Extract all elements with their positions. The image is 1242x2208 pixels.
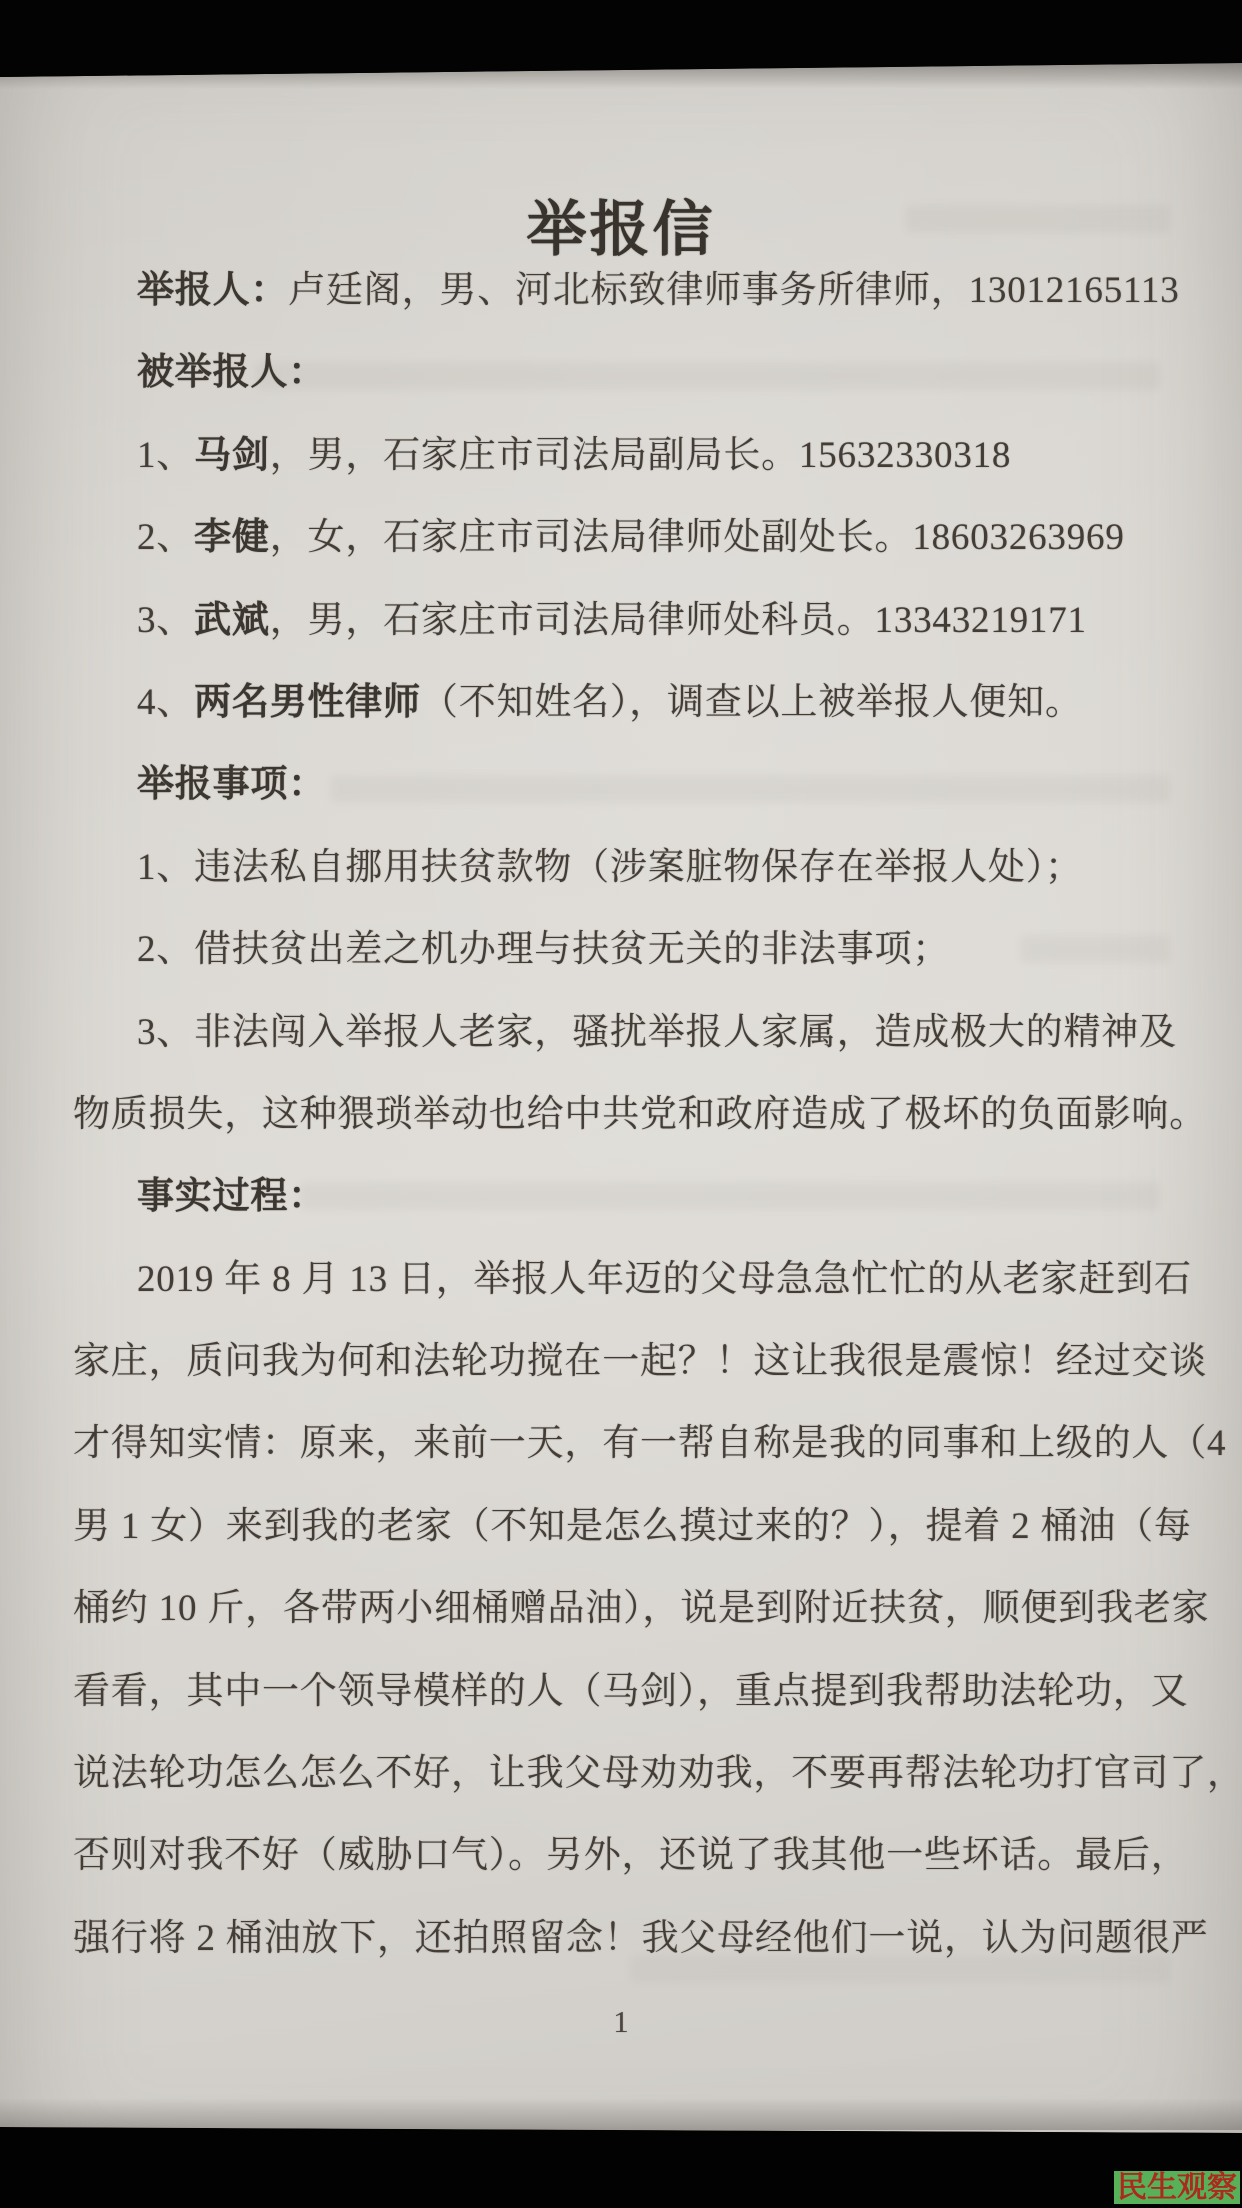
emphasis-text: 被举报人： [137, 352, 326, 393]
emphasis-text: 事实过程： [137, 1176, 326, 1217]
document-line: 3、武斌，男，石家庄市司法局律师处科员。13343219171 [73, 596, 1173, 678]
body-text: 看看，其中一个领导模样的人（马剑），重点提到我帮助法轮功，又 [73, 1671, 1189, 1712]
document-line: 举报人：卢廷阁，男、河北标致律师事务所律师，13012165113 [73, 266, 1173, 348]
body-text: 物质损失，这种猥琐举动也给中共党和政府造成了极坏的负面影响。 [73, 1094, 1207, 1135]
photo-frame: 举报信 举报人：卢廷阁，男、河北标致律师事务所律师，13012165113被举报… [0, 0, 1242, 2208]
body-text: 强行将 2 桶油放下，还拍照留念！我父母经他们一说，认为问题很严 [73, 1918, 1209, 1959]
body-text: 否则对我不好（威胁口气）。另外，还说了我其他一些坏话。最后， [73, 1835, 1189, 1876]
document-line: 强行将 2 桶油放下，还拍照留念！我父母经他们一说，认为问题很严 [73, 1914, 1173, 1996]
bottom-black-band [0, 2127, 1242, 2208]
body-text: 2019 年 8 月 13 日，举报人年迈的父母急急忙忙的从老家赶到石 [137, 1259, 1192, 1300]
emphasis-text: 武斌 [194, 600, 270, 641]
document-line: 3、非法闯入举报人老家，骚扰举报人家属，造成极大的精神及 [73, 1008, 1173, 1090]
document-line: 物质损失，这种猥琐举动也给中共党和政府造成了极坏的负面影响。 [73, 1090, 1173, 1172]
body-text: 男 1 女）来到我的老家（不知是怎么摸过来的？），提着 2 桶油（每 [73, 1506, 1192, 1547]
emphasis-text: 李健 [194, 517, 270, 558]
body-text: 3、非法闯入举报人老家，骚扰举报人家属，造成极大的精神及 [137, 1012, 1177, 1053]
document-body: 举报人：卢廷阁，男、河北标致律师事务所律师，13012165113被举报人：1、… [73, 266, 1173, 1996]
body-text: （不知姓名），调查以上被举报人便知。 [421, 682, 1083, 723]
body-text: 2、 [137, 517, 194, 558]
document-line: 举报事项： [73, 760, 1173, 842]
body-text: 2、借扶贫出差之机办理与扶贫无关的非法事项； [137, 929, 950, 970]
body-text: 家庄，质问我为何和法轮功搅在一起？！这让我很是震惊！经过交谈 [73, 1341, 1207, 1382]
emphasis-text: 举报事项： [137, 764, 326, 805]
page-number: 1 [0, 2004, 1242, 2040]
watermark-badge: 民生观察 [1114, 2171, 1240, 2204]
document-line: 桶约 10 斤，各带两小细桶赠品油），说是到附近扶贫，顺便到我老家 [73, 1584, 1173, 1666]
document-line: 2019 年 8 月 13 日，举报人年迈的父母急急忙忙的从老家赶到石 [73, 1255, 1173, 1337]
body-text: ，男，石家庄市司法局副局长。15632330318 [270, 435, 1012, 476]
document-line: 2、李健，女，石家庄市司法局律师处副处长。18603263969 [73, 513, 1173, 595]
document-line: 事实过程： [73, 1172, 1173, 1254]
body-text: ，女，石家庄市司法局律师处副处长。18603263969 [270, 517, 1125, 558]
body-text: ，男，石家庄市司法局律师处科员。13343219171 [270, 600, 1087, 641]
body-text: 才得知实情：原来，来前一天，有一帮自称是我的同事和上级的人（4 [73, 1423, 1226, 1464]
body-text: 1、 [137, 435, 194, 476]
document-line: 1、马剑，男，石家庄市司法局副局长。15632330318 [73, 431, 1173, 513]
document-line: 被举报人： [73, 348, 1173, 430]
document-line: 说法轮功怎么怎么不好，让我父母劝劝我，不要再帮法轮功打官司了， [73, 1749, 1173, 1831]
document-line: 2、借扶贫出差之机办理与扶贫无关的非法事项； [73, 925, 1173, 1007]
document-line: 家庄，质问我为何和法轮功搅在一起？！这让我很是震惊！经过交谈 [73, 1337, 1173, 1419]
emphasis-text: 两名男性律师 [194, 682, 421, 723]
document-page: 举报信 举报人：卢廷阁，男、河北标致律师事务所律师，13012165113被举报… [0, 0, 1242, 2208]
emphasis-text: 举报人： [137, 270, 288, 311]
document-line: 才得知实情：原来，来前一天，有一帮自称是我的同事和上级的人（4 [73, 1419, 1173, 1501]
body-text: 4、 [137, 682, 194, 723]
document-line: 看看，其中一个领导模样的人（马剑），重点提到我帮助法轮功，又 [73, 1667, 1173, 1749]
document-line: 1、违法私自挪用扶贫款物（涉案脏物保存在举报人处）； [73, 843, 1173, 925]
document-line: 否则对我不好（威胁口气）。另外，还说了我其他一些坏话。最后， [73, 1831, 1173, 1913]
body-text: 3、 [137, 600, 194, 641]
document-line: 男 1 女）来到我的老家（不知是怎么摸过来的？），提着 2 桶油（每 [73, 1502, 1173, 1584]
paper-bottom-shadow [0, 2098, 1242, 2130]
page-title: 举报信 [0, 182, 1242, 268]
emphasis-text: 马剑 [194, 435, 270, 476]
document-line: 4、两名男性律师（不知姓名），调查以上被举报人便知。 [73, 678, 1173, 760]
body-text: 桶约 10 斤，各带两小细桶赠品油），说是到附近扶贫，顺便到我老家 [73, 1588, 1209, 1629]
body-text: 1、违法私自挪用扶贫款物（涉案脏物保存在举报人处）； [137, 847, 1083, 888]
body-text: 说法轮功怎么怎么不好，让我父母劝劝我，不要再帮法轮功打官司了， [73, 1753, 1242, 1794]
body-text: 卢廷阁，男、河北标致律师事务所律师，13012165113 [288, 270, 1179, 311]
